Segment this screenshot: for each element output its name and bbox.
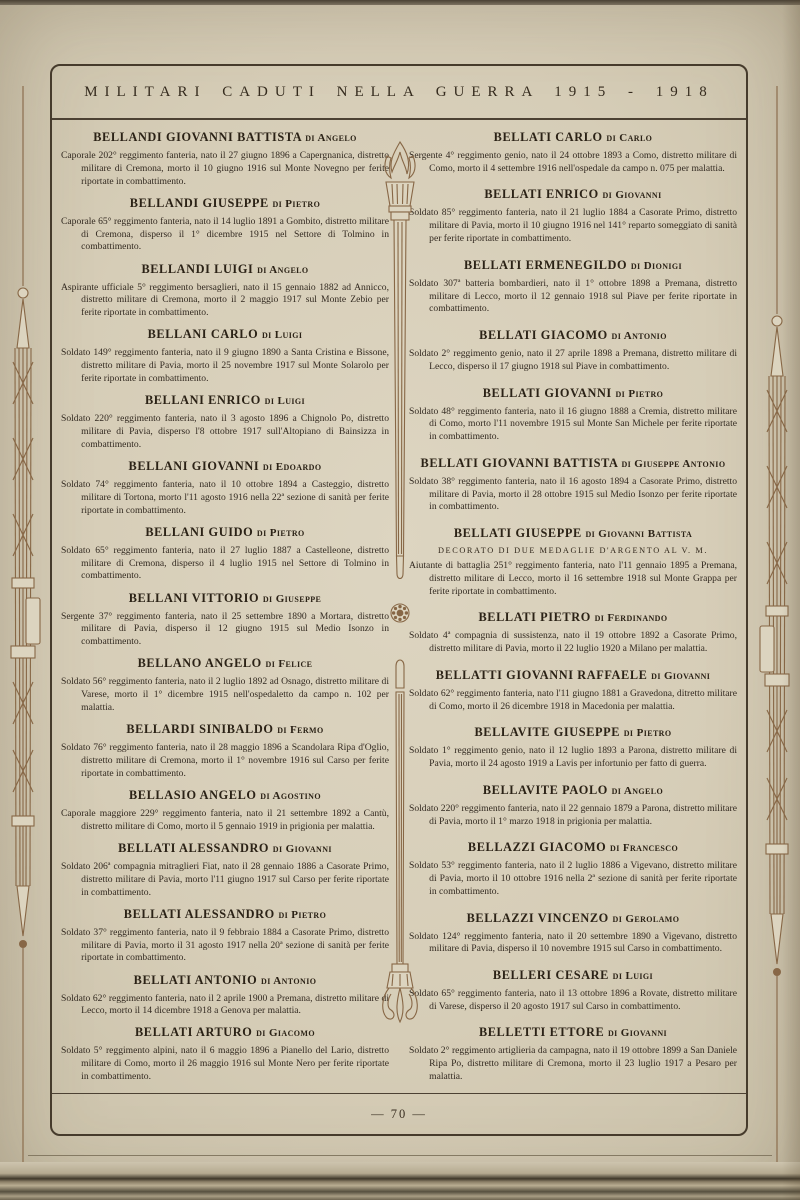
soldier-entry: BELLANI GIOVANNI di Edoardo Soldato 74° …: [61, 459, 389, 518]
soldier-patronymic: di Gerolamo: [613, 913, 680, 925]
soldier-entry: BELLATI GIACOMO di Antonio Soldato 2° re…: [409, 328, 737, 374]
soldier-name: BELLANI ENRICO di Luigi: [61, 393, 389, 408]
soldier-name: BELLANDI LUIGI di Angelo: [61, 262, 389, 277]
soldier-honor: DECORATO DI DUE MEDAGLIE D'ARGENTO AL V.…: [409, 546, 737, 555]
soldier-name-text: BELLATI ALESSANDRO: [124, 907, 275, 921]
soldier-patronymic: di Giovanni Battista: [585, 528, 692, 540]
soldier-name-text: BELLERI CESARE: [493, 968, 609, 982]
soldier-name-text: BELLETTI ETTORE: [479, 1025, 604, 1039]
soldier-patronymic: di Giuseppe Antonio: [621, 458, 725, 470]
soldier-name: BELLANI GIOVANNI di Edoardo: [61, 459, 389, 474]
soldier-entry: BELLATTI GIOVANNI RAFFAELE di Giovanni S…: [409, 668, 737, 714]
soldier-name: BELLATI ANTONIO di Antonio: [61, 973, 389, 988]
soldier-name: BELLATI ENRICO di Giovanni: [409, 187, 737, 202]
soldier-name-text: BELLAVITE GIUSEPPE: [475, 725, 621, 739]
soldier-entry: BELLERI CESARE di Luigi Soldato 65° regg…: [409, 968, 737, 1014]
soldier-entry: BELLARDI SINIBALDO di Fermo Soldato 76° …: [61, 722, 389, 781]
soldier-name-text: BELLARDI SINIBALDO: [126, 722, 273, 736]
soldier-patronymic: di Agostino: [260, 790, 321, 802]
soldier-entry: BELLETTI ETTORE di Giovanni Soldato 2° r…: [409, 1025, 737, 1084]
column-right: BELLATI CARLO di Carlo Sergente 4° reggi…: [407, 120, 739, 1092]
soldier-patronymic: di Pietro: [257, 527, 305, 539]
soldier-entry: BELLAVITE PAOLO di Angelo Soldato 220° r…: [409, 783, 737, 829]
photo-top-edge: [0, 0, 800, 5]
soldier-entry: BELLATI PIETRO di Ferdinando Soldato 4ª …: [409, 610, 737, 656]
soldier-entry: BELLAZZI GIACOMO di Francesco Soldato 53…: [409, 840, 737, 899]
soldier-entry: BELLATI ENRICO di Giovanni Soldato 85° r…: [409, 187, 737, 246]
soldier-record: Soldato 74° reggimento fanteria, nato il…: [61, 479, 389, 518]
soldier-name-text: BELLATI CARLO: [494, 130, 603, 144]
soldier-name-text: BELLANDI LUIGI: [141, 262, 253, 276]
soldier-patronymic: di Giacomo: [256, 1027, 315, 1039]
soldier-record: Soldato 85° reggimento fanteria, nato il…: [409, 207, 737, 246]
soldier-name: BELLARDI SINIBALDO di Fermo: [61, 722, 389, 737]
soldier-entry: BELLATI GIUSEPPE di Giovanni Battista DE…: [409, 526, 737, 599]
soldier-record: Soldato 149° reggimento fanteria, nato i…: [61, 347, 389, 386]
page-header: MILITARI CADUTI NELLA GUERRA 1915 - 1918: [52, 66, 746, 120]
soldier-entry: BELLAVITE GIUSEPPE di Pietro Soldato 1° …: [409, 725, 737, 771]
soldier-name: BELLATI GIUSEPPE di Giovanni Battista: [409, 526, 737, 541]
soldier-entry: BELLANDI GIOVANNI BATTISTA di Angelo Cap…: [61, 130, 389, 189]
soldier-record: Caporale 65° reggimento fanteria, nato i…: [61, 216, 389, 255]
soldier-record: Soldato 307ª batteria bombardieri, nato …: [409, 278, 737, 317]
soldier-record: Soldato 2° reggimento genio, nato il 27 …: [409, 348, 737, 374]
soldier-entry: BELLANI ENRICO di Luigi Soldato 220° reg…: [61, 393, 389, 452]
soldier-name-text: BELLATI ALESSANDRO: [118, 841, 269, 855]
soldier-name-text: BELLAZZI GIACOMO: [468, 840, 606, 854]
soldier-patronymic: di Giovanni: [608, 1027, 667, 1039]
soldier-entry: BELLANI VITTORIO di Giuseppe Sergente 37…: [61, 591, 389, 650]
soldier-entry: BELLAZZI VINCENZO di Gerolamo Soldato 12…: [409, 911, 737, 957]
soldier-record: Soldato 2° reggimento artiglieria da cam…: [409, 1045, 737, 1084]
soldier-entry: BELLATI GIOVANNI di Pietro Soldato 48° r…: [409, 386, 737, 445]
soldier-name: BELLETTI ETTORE di Giovanni: [409, 1025, 737, 1040]
soldier-name: BELLANI VITTORIO di Giuseppe: [61, 591, 389, 606]
soldier-patronymic: di Felice: [266, 658, 313, 670]
photo-right-shade: [782, 0, 800, 1200]
soldier-name: BELLATI GIOVANNI BATTISTA di Giuseppe An…: [409, 456, 737, 471]
soldier-entry: BELLATI ERMENEGILDO di Dionigi Soldato 3…: [409, 258, 737, 317]
soldier-entry: BELLASIO ANGELO di Agostino Caporale mag…: [61, 788, 389, 834]
soldier-record: Aiutante di battaglia 251° reggimento fa…: [409, 560, 737, 599]
soldier-name: BELLANI CARLO di Luigi: [61, 327, 389, 342]
soldier-patronymic: di Giovanni: [273, 843, 332, 855]
soldier-record: Soldato 65° reggimento fanteria, nato il…: [61, 545, 389, 584]
soldier-name-text: BELLAZZI VINCENZO: [467, 911, 609, 925]
soldier-name-text: BELLATI GIOVANNI: [483, 386, 612, 400]
soldier-record: Sergente 4° reggimento genio, nato il 24…: [409, 150, 737, 176]
page-number: — 70 —: [371, 1107, 427, 1122]
soldier-name: BELLAZZI VINCENZO di Gerolamo: [409, 911, 737, 926]
soldier-name-text: BELLATI ANTONIO: [134, 973, 258, 987]
soldier-name: BELLANDI GIOVANNI BATTISTA di Angelo: [61, 130, 389, 145]
soldier-name: BELLATI GIACOMO di Antonio: [409, 328, 737, 343]
soldier-name-text: BELLATTI GIOVANNI RAFFAELE: [436, 668, 648, 682]
soldier-name: BELLERI CESARE di Luigi: [409, 968, 737, 983]
soldier-entry: BELLATI ALESSANDRO di Pietro Soldato 37°…: [61, 907, 389, 966]
soldier-patronymic: di Dionigi: [631, 260, 682, 272]
soldier-name-text: BELLANI CARLO: [148, 327, 259, 341]
soldier-name-text: BELLANI GUIDO: [145, 525, 253, 539]
soldier-name: BELLATI ALESSANDRO di Giovanni: [61, 841, 389, 856]
soldier-name: BELLAVITE PAOLO di Angelo: [409, 783, 737, 798]
soldier-record: Soldato 62° reggimento fanteria, nato l'…: [409, 688, 737, 714]
soldier-name: BELLATI CARLO di Carlo: [409, 130, 737, 145]
soldier-record: Soldato 220° reggimento fanteria, nato i…: [409, 803, 737, 829]
soldier-entry: BELLANDI GIUSEPPE di Pietro Caporale 65°…: [61, 196, 389, 255]
soldier-patronymic: di Angelo: [612, 785, 663, 797]
soldier-name-text: BELLATI ERMENEGILDO: [464, 258, 627, 272]
soldier-entry: BELLATI GIOVANNI BATTISTA di Giuseppe An…: [409, 456, 737, 515]
soldier-name: BELLATI PIETRO di Ferdinando: [409, 610, 737, 625]
soldier-entry: BELLATI ANTONIO di Antonio Soldato 62° r…: [61, 973, 389, 1019]
soldier-patronymic: di Luigi: [613, 970, 653, 982]
soldier-patronymic: di Pietro: [272, 198, 320, 210]
soldier-record: Soldato 65° reggimento fanteria, nato il…: [409, 988, 737, 1014]
soldier-name-text: BELLANDI GIUSEPPE: [130, 196, 269, 210]
soldier-record: Soldato 5° reggimento alpini, nato il 6 …: [61, 1045, 389, 1084]
soldier-entry: BELLANDI LUIGI di Angelo Aspirante uffic…: [61, 262, 389, 321]
soldier-name-text: BELLANDI GIOVANNI BATTISTA: [93, 130, 301, 144]
soldier-record: Caporale 202° reggimento fanteria, nato …: [61, 150, 389, 189]
soldier-record: Soldato 220° reggimento fanteria, nato i…: [61, 413, 389, 452]
soldier-name-text: BELLANI GIOVANNI: [129, 459, 260, 473]
soldier-record: Soldato 38° reggimento fanteria, nato il…: [409, 476, 737, 515]
soldier-patronymic: di Luigi: [262, 329, 302, 341]
torch-column-ornament-icon: [379, 136, 421, 1058]
soldier-entry: BELLATI ARTURO di Giacomo Soldato 5° reg…: [61, 1025, 389, 1084]
soldier-name-text: BELLANI VITTORIO: [129, 591, 259, 605]
soldier-name-text: BELLATI GIUSEPPE: [454, 526, 582, 540]
book-page-photo: MILITARI CADUTI NELLA GUERRA 1915 - 1918…: [0, 0, 800, 1200]
soldier-record: Soldato 76° reggimento fanteria, nato il…: [61, 742, 389, 781]
soldier-name-text: BELLATI GIACOMO: [479, 328, 608, 342]
soldier-record: Soldato 56° reggimento fanteria, nato il…: [61, 676, 389, 715]
soldier-patronymic: di Pietro: [278, 909, 326, 921]
soldier-patronymic: di Angelo: [305, 132, 356, 144]
soldier-name-text: BELLANI ENRICO: [145, 393, 261, 407]
soldier-patronymic: di Edoardo: [263, 461, 322, 473]
soldier-patronymic: di Pietro: [616, 388, 664, 400]
soldier-name-text: BELLANO ANGELO: [138, 656, 262, 670]
page-edge-line: [28, 1155, 772, 1156]
soldier-name: BELLANDI GIUSEPPE di Pietro: [61, 196, 389, 211]
soldier-name-text: BELLATI PIETRO: [479, 610, 591, 624]
soldier-name: BELLANO ANGELO di Felice: [61, 656, 389, 671]
soldier-name: BELLAVITE GIUSEPPE di Pietro: [409, 725, 737, 740]
soldier-patronymic: di Giovanni: [603, 189, 662, 201]
soldier-patronymic: di Antonio: [261, 975, 316, 987]
soldier-patronymic: di Francesco: [610, 842, 678, 854]
soldier-name-text: BELLATI ARTURO: [135, 1025, 252, 1039]
soldier-patronymic: di Fermo: [277, 724, 323, 736]
fasces-ornament-icon: [0, 86, 46, 1166]
soldier-patronymic: di Pietro: [624, 727, 672, 739]
soldier-name: BELLATI ALESSANDRO di Pietro: [61, 907, 389, 922]
soldier-patronymic: di Giuseppe: [263, 593, 321, 605]
page-title: MILITARI CADUTI NELLA GUERRA 1915 - 1918: [84, 84, 714, 101]
soldier-patronymic: di Ferdinando: [595, 612, 668, 624]
soldier-entry: BELLANI GUIDO di Pietro Soldato 65° regg…: [61, 525, 389, 584]
soldier-name: BELLANI GUIDO di Pietro: [61, 525, 389, 540]
soldier-record: Aspirante ufficiale 5° reggimento bersag…: [61, 282, 389, 321]
soldier-name: BELLASIO ANGELO di Agostino: [61, 788, 389, 803]
soldier-name: BELLATI GIOVANNI di Pietro: [409, 386, 737, 401]
soldier-record: Soldato 53° reggimento fanteria, nato il…: [409, 860, 737, 899]
soldier-entry: BELLANI CARLO di Luigi Soldato 149° regg…: [61, 327, 389, 386]
soldier-record: Soldato 48° reggimento fanteria, nato il…: [409, 406, 737, 445]
soldier-name-text: BELLAVITE PAOLO: [483, 783, 608, 797]
soldier-patronymic: di Carlo: [606, 132, 652, 144]
soldier-patronymic: di Antonio: [612, 330, 667, 342]
soldier-record: Sergente 37° reggimento fanteria, nato i…: [61, 611, 389, 650]
soldier-entry: BELLATI CARLO di Carlo Sergente 4° reggi…: [409, 130, 737, 176]
soldier-name: BELLATI ARTURO di Giacomo: [61, 1025, 389, 1040]
soldier-name-text: BELLASIO ANGELO: [129, 788, 257, 802]
soldier-record: Soldato 62° reggimento fanteria, nato il…: [61, 993, 389, 1019]
soldier-patronymic: di Giovanni: [651, 670, 710, 682]
column-left: BELLANDI GIOVANNI BATTISTA di Angelo Cap…: [59, 120, 391, 1092]
soldier-entry: BELLANO ANGELO di Felice Soldato 56° reg…: [61, 656, 389, 715]
soldier-patronymic: di Angelo: [257, 264, 308, 276]
soldier-record: Caporale maggiore 229° reggimento fanter…: [61, 808, 389, 834]
soldier-name: BELLATI ERMENEGILDO di Dionigi: [409, 258, 737, 273]
soldier-record: Soldato 1° reggimento genio, nato il 12 …: [409, 745, 737, 771]
soldier-record: Soldato 37° reggimento fanteria, nato il…: [61, 927, 389, 966]
book-bottom-edge: [0, 1162, 800, 1200]
soldier-patronymic: di Luigi: [265, 395, 305, 407]
soldier-record: Soldato 4ª compagnia di sussistenza, nat…: [409, 630, 737, 656]
soldier-name-text: BELLATI ENRICO: [484, 187, 598, 201]
page-footer: — 70 —: [52, 1093, 746, 1134]
soldier-name: BELLATTI GIOVANNI RAFFAELE di Giovanni: [409, 668, 737, 683]
soldier-name-text: BELLATI GIOVANNI BATTISTA: [421, 456, 618, 470]
soldier-name: BELLAZZI GIACOMO di Francesco: [409, 840, 737, 855]
soldier-record: Soldato 124° reggimento fanteria, nato i…: [409, 931, 737, 957]
soldier-entry: BELLATI ALESSANDRO di Giovanni Soldato 2…: [61, 841, 389, 900]
soldier-record: Soldato 206ª compagnia mitraglieri Fiat,…: [61, 861, 389, 900]
